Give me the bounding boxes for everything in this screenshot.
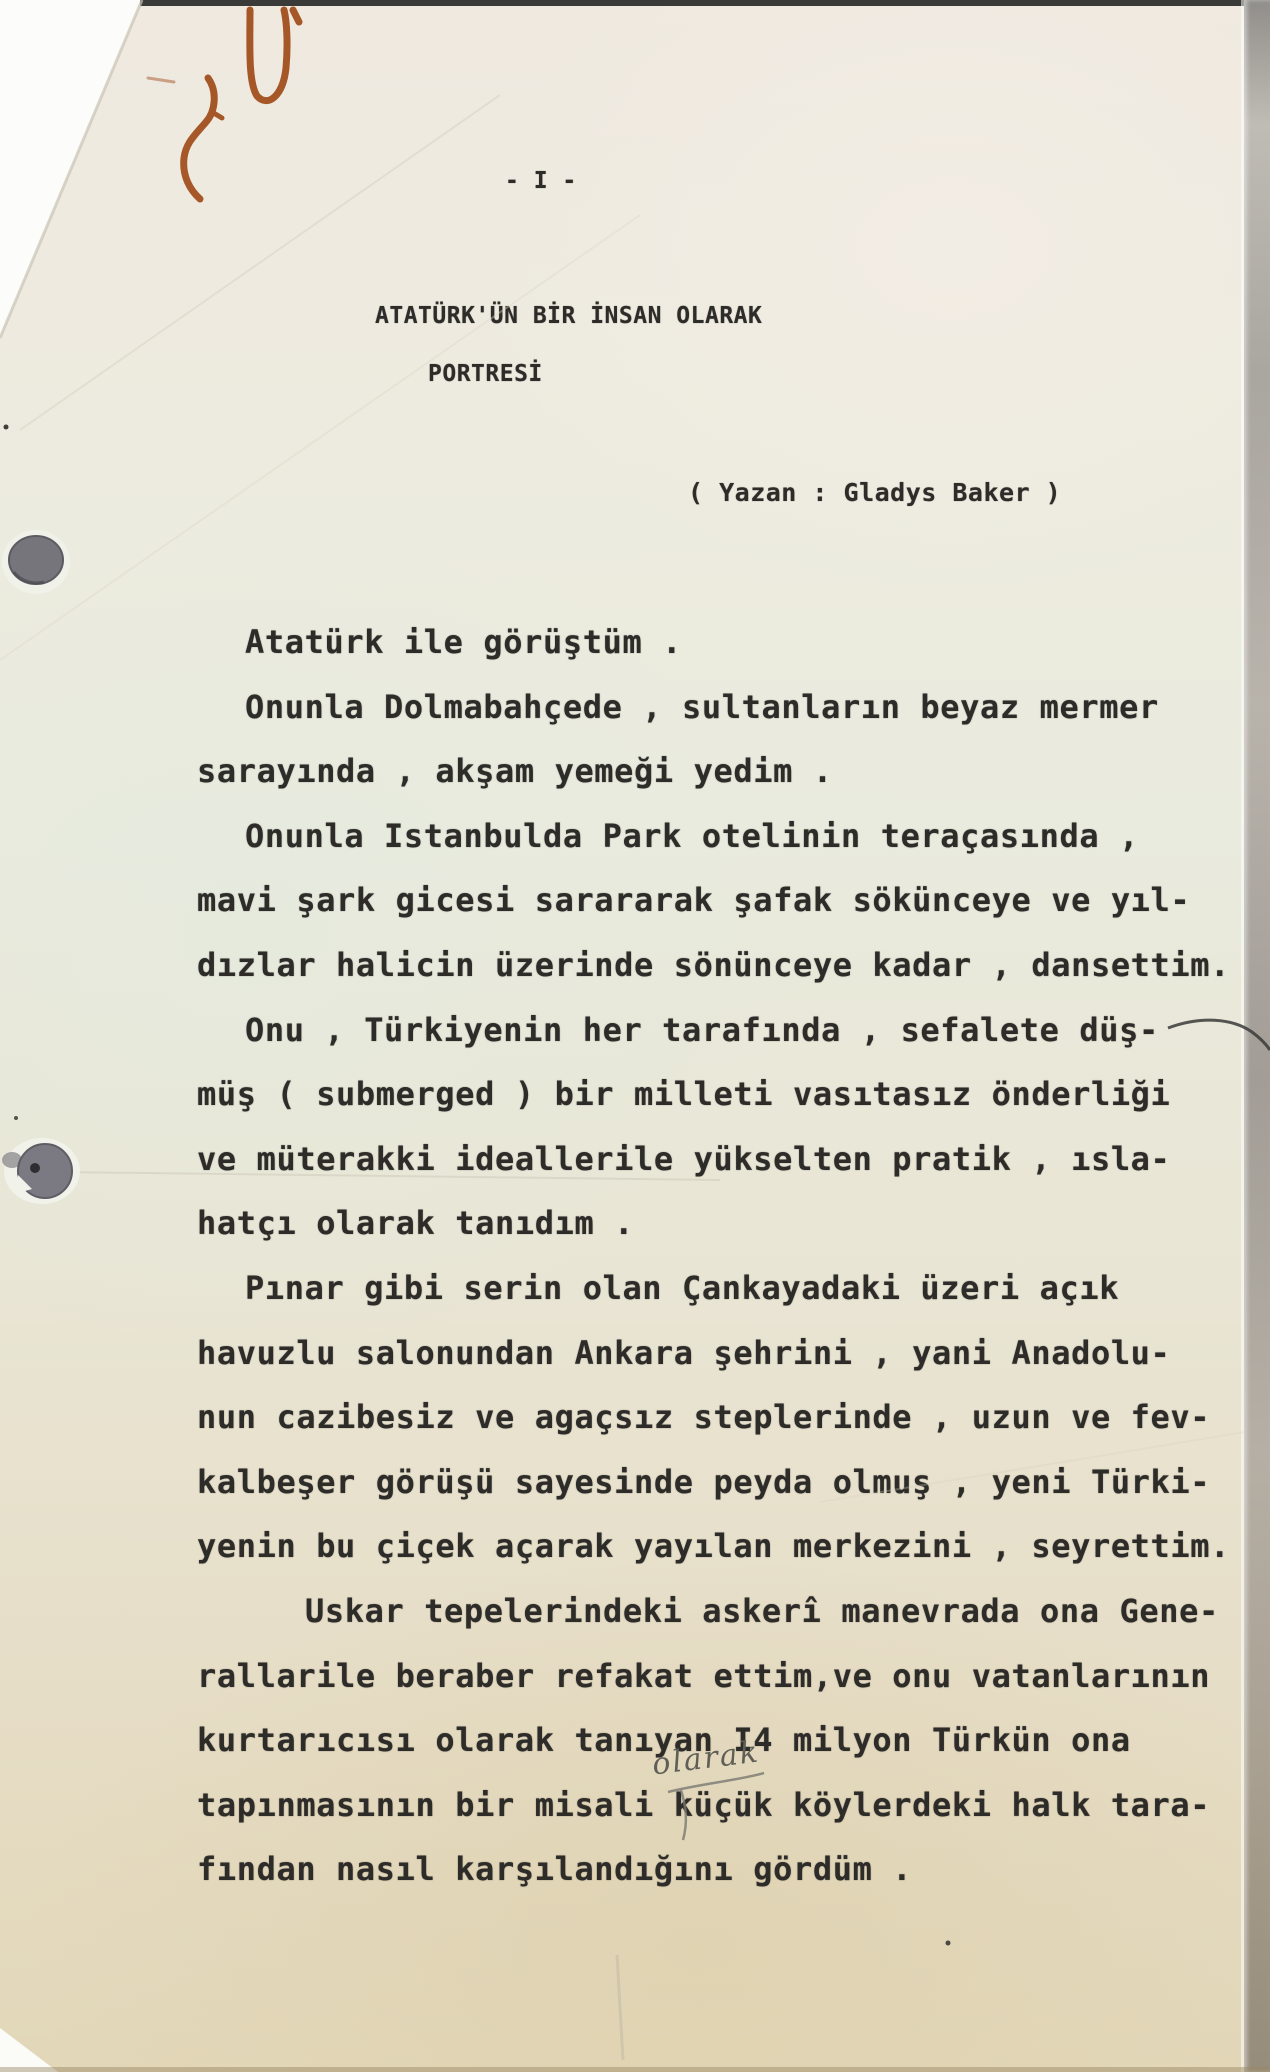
corner-initials-mark xyxy=(148,10,299,199)
corner-cut-edge xyxy=(0,0,142,338)
pen-swoosh-mark xyxy=(1168,1020,1270,1050)
punch-hole-middle xyxy=(2,1138,80,1204)
crease-line xyxy=(820,1432,1245,1502)
crease-line xyxy=(0,215,640,660)
crease-line xyxy=(20,95,500,430)
paper-smudge xyxy=(617,1955,623,2060)
crease-line xyxy=(60,1172,720,1180)
paper-speck xyxy=(4,425,9,430)
page-scan-overlay xyxy=(0,0,1270,2072)
scanned-document-page: - I - ATATÜRK'ÜN BİR İNSAN OLARAK PORTRE… xyxy=(0,0,1270,2072)
paper-speck xyxy=(14,1116,18,1120)
caret-insertion-mark xyxy=(668,1773,764,1840)
punch-hole-top xyxy=(2,530,70,594)
paper-speck xyxy=(946,1941,951,1946)
